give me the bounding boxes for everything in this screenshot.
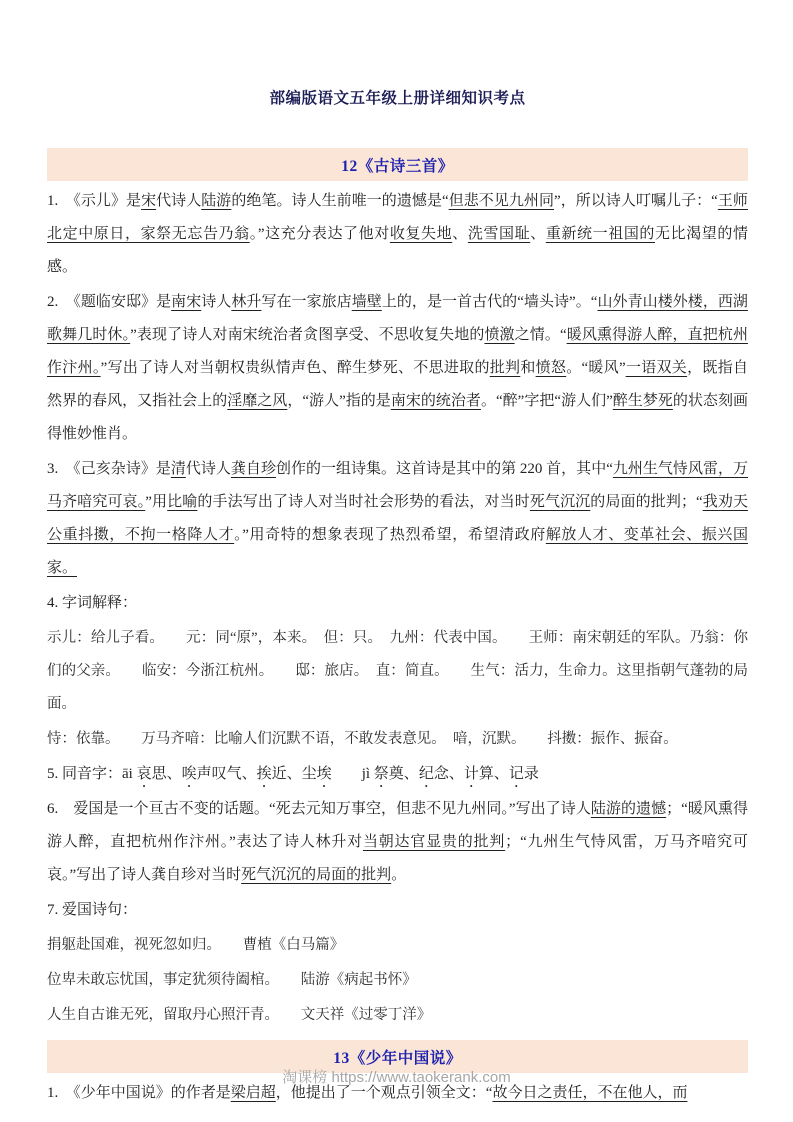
text-segment: 上的，是一首古代的“墙头诗”。“ — [382, 294, 598, 310]
underlined-text: 宋 — [141, 193, 156, 209]
text-segment: 。 — [391, 867, 406, 883]
underlined-text: 南宋的统治者 — [391, 393, 481, 409]
paragraph: 5. 同音字：āi 哀思、唉声叹气、挨近、尘埃 jì 祭奠、纪念、计算、记录 — [47, 758, 748, 791]
text-segment: 代诗人 — [186, 461, 231, 477]
underlined-text: 龚自珍 — [231, 461, 276, 477]
text-segment: jì — [332, 766, 374, 782]
text-segment: ”用 — [145, 494, 167, 510]
emphasis-dot-text: 计 — [464, 766, 479, 782]
text-segment: 捐躯赴国难，视死忽如归。 曹植《白马篇》 — [47, 937, 344, 953]
underlined-text: 故今日之责任，不在他人，而 — [492, 1085, 687, 1101]
text-segment: 2. 《题临安邸》是 — [47, 294, 171, 310]
emphasis-dot-text: 哀 — [137, 766, 152, 782]
text-segment: 示儿：给儿子看。 元：同“原”，本来。 但：只。 九州：代表中国。 王师：南宋朝… — [47, 630, 748, 712]
watermark-footer: 淘课榜 https://www.taokerank.com — [0, 1066, 793, 1087]
paragraph: 6. 爱国是一个亘古不变的话题。“死去元知万事空，但悲不见九州同。”写出了诗人陆… — [47, 793, 748, 892]
document-page: 部编版语文五年级上册详细知识考点 12《古诗三首》1. 《示儿》是宋代诗人陆游的… — [0, 0, 793, 1110]
emphasis-dot-text: 唉 — [182, 766, 197, 782]
text-segment: ”表现了诗人对南宋统治者贪图享受、不思收复失地的 — [130, 327, 484, 343]
emphasis-dot-text: 挨 — [257, 766, 272, 782]
text-segment: 、 — [452, 226, 468, 242]
text-segment: 4. 字词解释： — [47, 595, 137, 611]
section-heading-band: 12《古诗三首》 — [47, 148, 748, 181]
underlined-text: 愤怒 — [536, 360, 567, 376]
paragraph: 1. 《示儿》是宋代诗人陆游的绝笔。诗人生前唯一的遗憾是“但悲不见九州同”，所以… — [47, 185, 748, 284]
underlined-text: 批判 — [490, 360, 521, 376]
underlined-text: 当朝达官显贵的批判 — [363, 834, 505, 850]
text-segment: 、 — [530, 226, 546, 242]
underlined-text: 一语双关 — [626, 360, 687, 376]
text-segment: 的手法写出了诗人对当时社会形势的看法，对当时 — [197, 494, 529, 510]
text-segment: 。”用奇特的想象表现了热烈希望，希望清政府 — [234, 527, 546, 543]
text-segment: 念、 — [434, 766, 464, 782]
text-segment: 算、 — [479, 766, 509, 782]
text-segment: ，他提出了一个观点引领全文：“ — [276, 1085, 493, 1101]
underlined-text: 但悲不见九州同 — [449, 193, 554, 209]
text-segment: ，“游人”指的是 — [287, 393, 390, 409]
underlined-text: 收复失地 — [390, 226, 452, 242]
page-title: 部编版语文五年级上册详细知识考点 — [47, 86, 748, 108]
section-heading: 13《少年中国说》 — [333, 1050, 462, 1067]
paragraph: 3. 《己亥杂诗》是清代诗人龚自珍创作的一组诗集。这首诗是其中的第 220 首，… — [47, 453, 748, 585]
underlined-text: 清 — [171, 461, 186, 477]
underlined-text: 愤激 — [484, 327, 514, 343]
text-segment: 写在一家旅店 — [261, 294, 351, 310]
text-segment: 录 — [524, 766, 539, 782]
emphasis-dot-text: 祭 — [374, 766, 389, 782]
text-segment: 声叹气、 — [197, 766, 257, 782]
section-heading: 12《古诗三首》 — [341, 158, 454, 175]
emphasis-dot-text: 记 — [509, 766, 524, 782]
paragraph: 2. 《题临安邸》是南宋诗人林升写在一家旅店墙壁上的，是一首古代的“墙头诗”。“… — [47, 286, 748, 451]
text-segment: 5. 同音字：āi — [47, 766, 137, 782]
underlined-text: 墙壁 — [352, 294, 382, 310]
text-segment: 。“醉”字把“游人们” — [481, 393, 613, 409]
underlined-text: 南宋 — [171, 294, 201, 310]
text-segment: ”，所以诗人叮嘱儿子：“ — [554, 193, 718, 209]
text-segment: 。“暖风” — [566, 360, 625, 376]
underlined-text: 醉生梦死 — [613, 393, 673, 409]
text-segment: 人生自古谁无死，留取丹心照汗青。 文天祥《过零丁洋》 — [47, 1007, 431, 1023]
text-segment: 思、 — [152, 766, 182, 782]
paragraph: 捐躯赴国难，视死忽如归。 曹植《白马篇》 — [47, 929, 748, 962]
underlined-text: 洗雪国耻 — [468, 226, 530, 242]
text-segment: 创作的一组诗集。这首诗是其中的第 220 首，其中“ — [276, 461, 613, 477]
underlined-text: 淫靡之风 — [227, 393, 287, 409]
text-segment: 恃：依靠。 万马齐喑：比喻人们沉默不语，不敢发表意见。 喑，沉默。 抖擞：振作、… — [47, 731, 678, 747]
underlined-text: 死气沉沉的局面的批判 — [241, 867, 391, 883]
underlined-text: 陆游 — [201, 193, 231, 209]
underlined-text: 陆游的遗憾 — [591, 801, 666, 817]
document-body: 12《古诗三首》1. 《示儿》是宋代诗人陆游的绝笔。诗人生前唯一的遗憾是“但悲不… — [47, 148, 748, 1110]
text-segment: 之情。“ — [515, 327, 567, 343]
emphasis-dot-text: 纪 — [419, 766, 434, 782]
text-segment: 1. 《示儿》是 — [47, 193, 141, 209]
text-segment: 近、尘 — [272, 766, 317, 782]
text-segment: 奠、 — [389, 766, 419, 782]
underlined-text: 重新统一祖国的 — [546, 226, 655, 242]
underlined-text: 比喻 — [167, 494, 197, 510]
paragraph: 4. 字词解释： — [47, 587, 748, 620]
paragraph: 位卑未敢忘忧国，事定犹须待阖棺。 陆游《病起书怀》 — [47, 964, 748, 997]
text-segment: ”写出了诗人对当朝权贵纵情声色、醉生梦死、不思进取的 — [101, 360, 490, 376]
text-segment: 的绝笔。诗人生前唯一的遗憾是“ — [231, 193, 448, 209]
text-segment: 位卑未敢忘忧国，事定犹须待阖棺。 陆游《病起书怀》 — [47, 972, 417, 988]
paragraph: 恃：依靠。 万马齐喑：比喻人们沉默不语，不敢发表意见。 喑，沉默。 抖擞：振作、… — [47, 723, 748, 756]
text-segment: 的局面的批判；“ — [590, 494, 702, 510]
text-segment: 。”这充分表达了他对 — [250, 226, 390, 242]
text-segment: 7. 爱国诗句： — [47, 902, 137, 918]
paragraph: 7. 爱国诗句： — [47, 894, 748, 927]
underlined-text: 死气沉沉 — [530, 494, 590, 510]
emphasis-dot-text: 埃 — [317, 766, 332, 782]
text-segment: 代诗人 — [156, 193, 201, 209]
text-segment: 诗人 — [201, 294, 231, 310]
text-segment: 3. 《己亥杂诗》是 — [47, 461, 171, 477]
underlined-text: 梁启超 — [231, 1085, 276, 1101]
paragraph: 示儿：给儿子看。 元：同“原”，本来。 但：只。 九州：代表中国。 王师：南宋朝… — [47, 622, 748, 721]
text-segment: 1. 《少年中国说》的作者是 — [47, 1085, 231, 1101]
underlined-text: 林升 — [231, 294, 261, 310]
text-segment: 和 — [520, 360, 535, 376]
paragraph: 人生自古谁无死，留取丹心照汗青。 文天祥《过零丁洋》 — [47, 999, 748, 1032]
text-segment: 6. 爱国是一个亘古不变的话题。“死去元知万事空，但悲不见九州同。”写出了诗人 — [47, 801, 591, 817]
